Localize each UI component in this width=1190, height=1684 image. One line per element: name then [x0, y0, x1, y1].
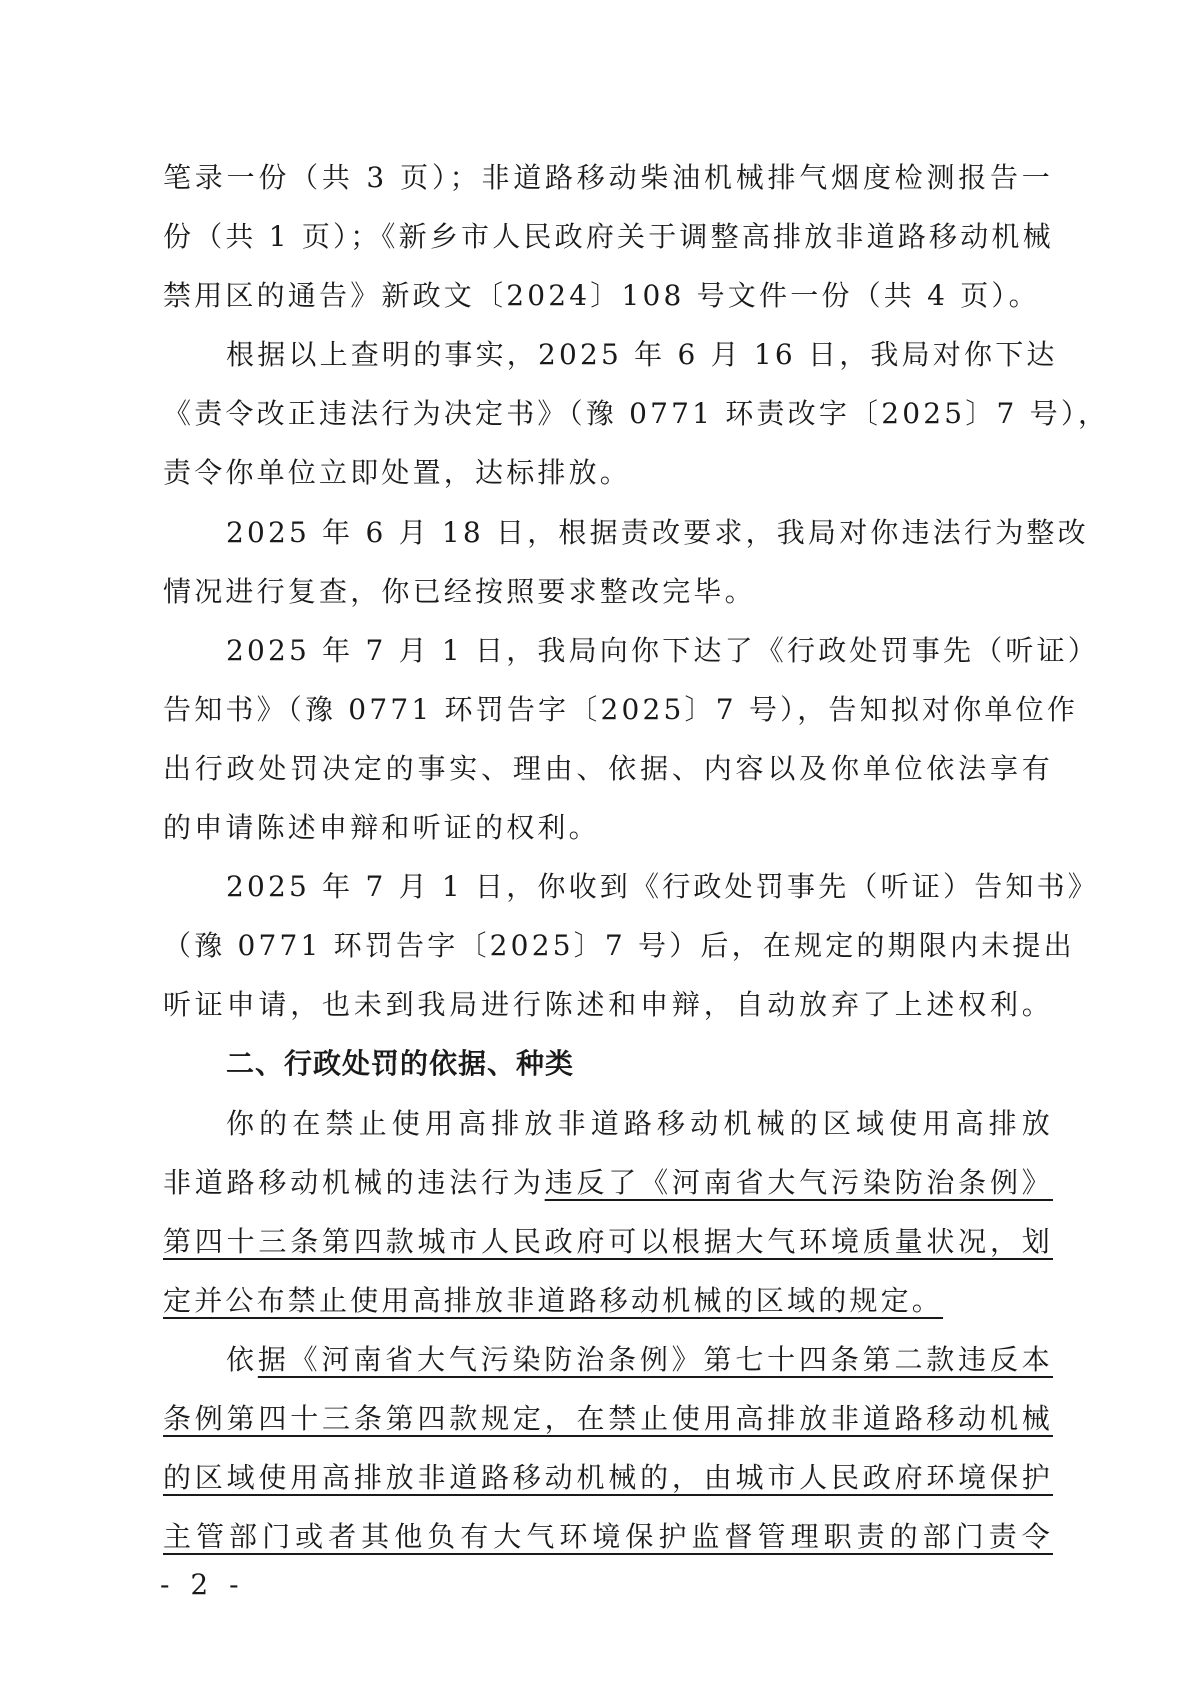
paragraph-start: 2025 年 6 月 18 日，根据责改要求，我局对你违法行为整改 [163, 503, 1053, 562]
paragraph-start: 根据以上查明的事实，2025 年 6 月 16 日，我局对你下达 [163, 325, 1053, 384]
text-line: 条例第四十三条第四款规定，在禁止使用高排放非道路移动机械 [163, 1389, 1053, 1448]
text-line: 笔录一份（共 3 页）；非道路移动柴油机械排气烟度检测报告一 [163, 148, 1053, 207]
paragraph-start: 2025 年 7 月 1 日，我局向你下达了《行政处罚事先（听证） [163, 621, 1053, 680]
underlined-text: 违反了《河南省大气污染防治条例》 [545, 1166, 1053, 1199]
text-line: 份（共 1 页）；《新乡市人民政府关于调整高排放非道路移动机械 [163, 207, 1053, 266]
text-line: 出行政处罚决定的事实、理由、依据、内容以及你单位依法享有 [163, 739, 1053, 798]
text-line: （豫 0771 环罚告字〔2025〕7 号）后，在规定的期限内未提出 [163, 916, 1053, 975]
underlined-text: 定并公布禁止使用高排放非道路移动机械的区域的规定。 [163, 1284, 943, 1317]
text-line: 责令你单位立即处置，达标排放。 [163, 443, 1053, 502]
plain-text: 非道路移动机械的违法行为 [163, 1166, 545, 1199]
text-line: 的区域使用高排放非道路移动机械的，由城市人民政府环境保护 [163, 1448, 1053, 1507]
text-line: 情况进行复查，你已经按照要求整改完毕。 [163, 562, 1053, 621]
underlined-text: 第四十三条第四款城市人民政府可以根据大气环境质量状况，划 [163, 1225, 1053, 1258]
paragraph-start: 依据《河南省大气污染防治条例》第七十四条第二款违反本 [163, 1330, 1053, 1389]
underlined-text: 的区域使用高排放非道路移动机械的，由城市人民政府环境保护 [163, 1461, 1053, 1494]
text-line: 告知书》（豫 0771 环罚告字〔2025〕7 号），告知拟对你单位作 [163, 680, 1053, 739]
page-number: - 2 - [160, 1566, 245, 1604]
section-heading: 二、行政处罚的依据、种类 [163, 1034, 1053, 1093]
text-line: 非道路移动机械的违法行为违反了《河南省大气污染防治条例》 [163, 1153, 1053, 1212]
text-line: 听证申请，也未到我局进行陈述和申辩，自动放弃了上述权利。 [163, 975, 1053, 1034]
document-page: 笔录一份（共 3 页）；非道路移动柴油机械排气烟度检测报告一 份（共 1 页）；… [163, 148, 1053, 1566]
text-line: 的申请陈述申辩和听证的权利。 [163, 798, 1053, 857]
underlined-text: 主管部门或者其他负有大气环境保护监督管理职责的部门责令 [163, 1520, 1053, 1553]
text-line: 主管部门或者其他负有大气环境保护监督管理职责的部门责令 [163, 1507, 1053, 1566]
text-line: 定并公布禁止使用高排放非道路移动机械的区域的规定。 [163, 1271, 1053, 1330]
underlined-text: 据《河南省大气污染防治条例》第七十四条第二款违反本 [258, 1343, 1053, 1376]
underlined-text: 条例第四十三条第四款规定，在禁止使用高排放非道路移动机械 [163, 1402, 1053, 1435]
text-line: 《责令改正违法行为决定书》（豫 0771 环责改字〔2025〕7 号）， [163, 384, 1053, 443]
plain-text: 依 [226, 1343, 258, 1376]
paragraph-start: 你的在禁止使用高排放非道路移动机械的区域使用高排放 [163, 1094, 1053, 1153]
text-line: 第四十三条第四款城市人民政府可以根据大气环境质量状况，划 [163, 1212, 1053, 1271]
text-line: 禁用区的通告》新政文〔2024〕108 号文件一份（共 4 页）。 [163, 266, 1053, 325]
paragraph-start: 2025 年 7 月 1 日，你收到《行政处罚事先（听证）告知书》 [163, 857, 1053, 916]
